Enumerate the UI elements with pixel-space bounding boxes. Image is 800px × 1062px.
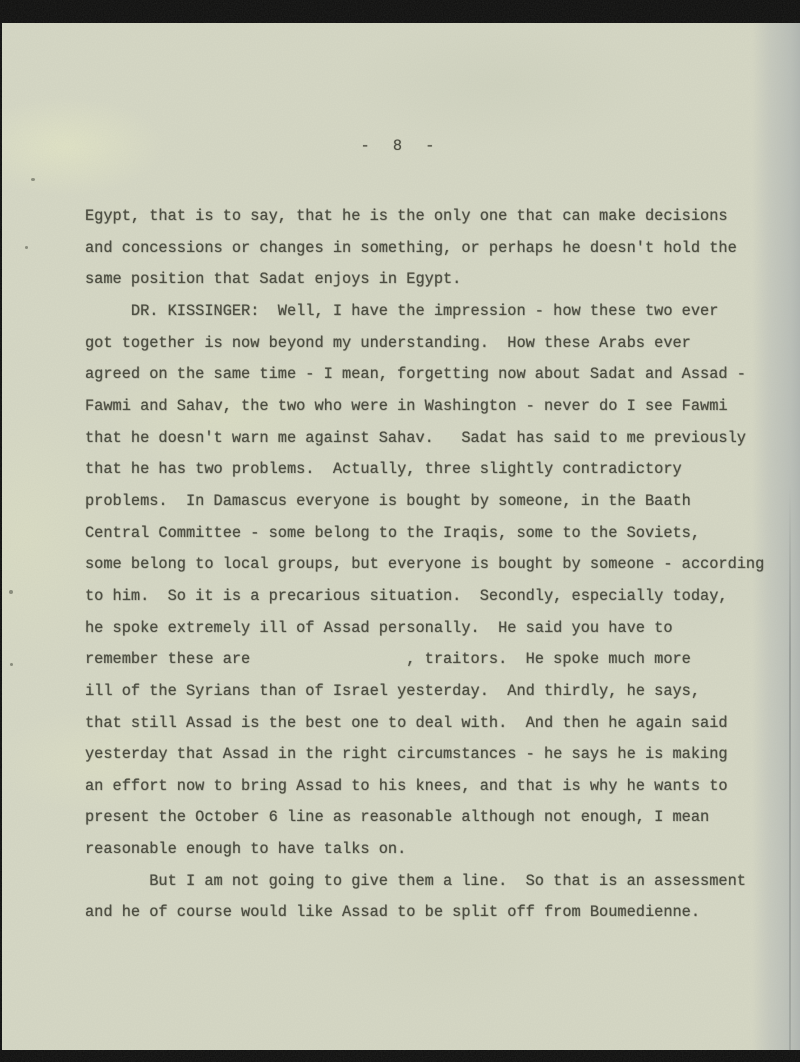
page-number: - 8 -	[2, 131, 800, 163]
typed-line: that he doesn't warn me against Sahav. S…	[85, 423, 790, 455]
typed-line: that still Assad is the best one to deal…	[85, 708, 790, 740]
paper-speck	[10, 663, 13, 666]
paper-speck	[25, 246, 28, 249]
typed-line: reasonable enough to have talks on.	[85, 834, 790, 866]
typed-line: and he of course would like Assad to be …	[85, 897, 790, 929]
document-text: Egypt, that is to say, that he is the on…	[85, 201, 790, 929]
typed-line: to him. So it is a precarious situation.…	[85, 581, 790, 613]
scanned-document: - 8 - Egypt, that is to say, that he is …	[0, 0, 800, 1062]
typed-line: that he has two problems. Actually, thre…	[85, 454, 790, 486]
typed-line: got together is now beyond my understand…	[85, 328, 790, 360]
typed-line: problems. In Damascus everyone is bought…	[85, 486, 790, 518]
paper-speck	[9, 590, 13, 594]
typed-line: agreed on the same time - I mean, forget…	[85, 359, 790, 391]
typed-line: he spoke extremely ill of Assad personal…	[85, 613, 790, 645]
typed-line: an effort now to bring Assad to his knee…	[85, 771, 790, 803]
typed-line: DR. KISSINGER: Well, I have the impressi…	[85, 296, 790, 328]
typed-line: But I am not going to give them a line. …	[85, 866, 790, 898]
typed-line: Fawmi and Sahav, the two who were in Was…	[85, 391, 790, 423]
typed-line: ill of the Syrians than of Israel yester…	[85, 676, 790, 708]
typed-line: and concessions or changes in something,…	[85, 233, 790, 265]
document-page: - 8 - Egypt, that is to say, that he is …	[2, 23, 800, 1050]
paper-speck	[31, 178, 35, 181]
typed-line: same position that Sadat enjoys in Egypt…	[85, 264, 790, 296]
typed-line: yesterday that Assad in the right circum…	[85, 739, 790, 771]
typed-line-with-redaction-gap: remember these are , traitors. He spoke …	[85, 644, 790, 676]
typed-line: Egypt, that is to say, that he is the on…	[85, 201, 790, 233]
typed-line: some belong to local groups, but everyon…	[85, 549, 790, 581]
typed-line: present the October 6 line as reasonable…	[85, 802, 790, 834]
typed-line: Central Committee - some belong to the I…	[85, 518, 790, 550]
